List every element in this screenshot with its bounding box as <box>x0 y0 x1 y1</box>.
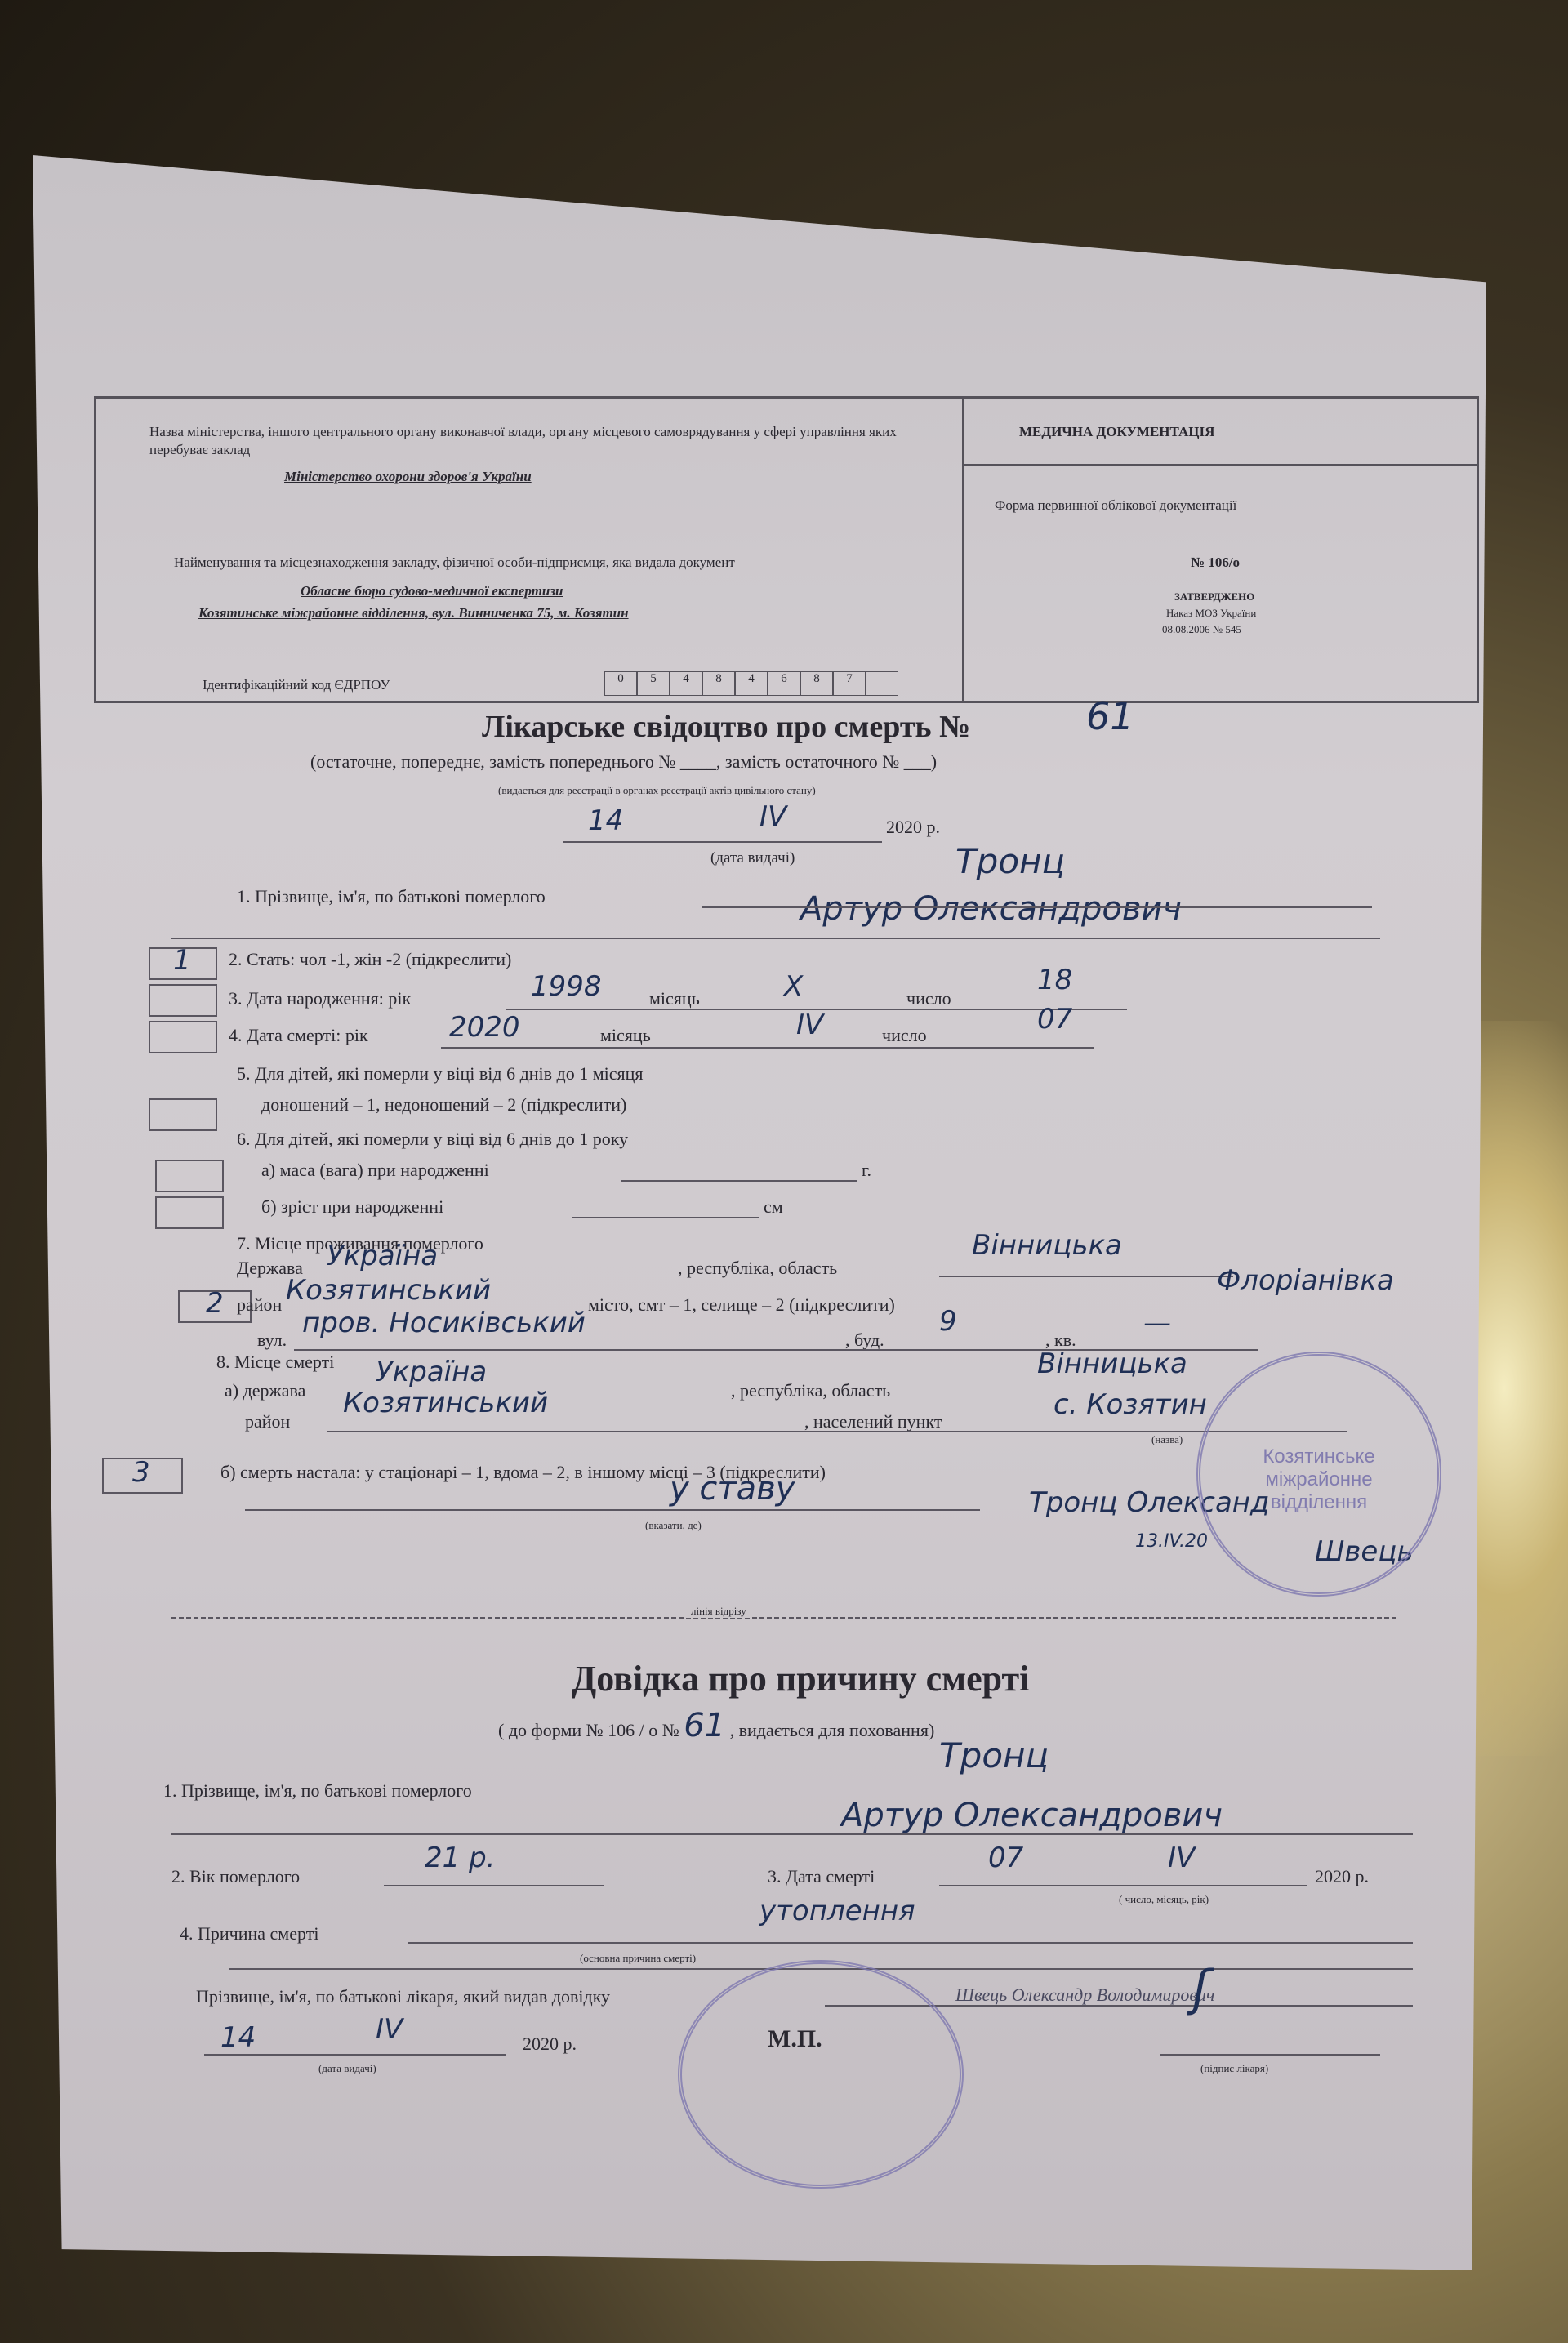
official-stamp: Козятинське міжрайонне відділення <box>1196 1352 1441 1597</box>
surname: Тронц <box>955 841 1065 881</box>
field8-district-label: район <box>245 1411 290 1432</box>
death-place-box: 3 <box>102 1458 183 1494</box>
ref-issue-caption: (дата видачі) <box>318 2062 376 2075</box>
field2-label: 2. Стать: чол -1, жін -2 (підкреслити) <box>229 949 511 970</box>
ref-surname: Тронц <box>939 1735 1049 1775</box>
death-day: 07 <box>1037 1003 1072 1036</box>
field7-region: Вінницька <box>972 1229 1122 1262</box>
death-month-label: місяць <box>600 1025 651 1046</box>
seal-label: М.П. <box>768 2025 822 2053</box>
field6a-unit: г. <box>862 1160 871 1181</box>
edrpou-label: Ідентифікаційний код ЄДРПОУ <box>203 676 390 694</box>
reference-title: Довідка про причину смерті <box>572 1658 1029 1699</box>
ref-death-day: 07 <box>988 1842 1023 1874</box>
sex-code-box: 1 <box>149 947 217 980</box>
ref-doctor-label: Прізвище, ім'я, по батькові лікаря, який… <box>196 1986 610 2007</box>
field7-region-label: , республіка, область <box>678 1258 837 1279</box>
issue-day: 14 <box>588 804 623 837</box>
field1-label: 1. Прізвище, ім'я, по батькові померлого <box>237 886 546 907</box>
signature-date: 13.IV.20 <box>1135 1531 1208 1552</box>
birth-day-label: число <box>906 988 951 1009</box>
field7-district-label: район <box>237 1294 282 1316</box>
death-day-label: число <box>882 1025 927 1046</box>
ref-field3-label: 3. Дата смерті <box>768 1866 875 1887</box>
field7-house-label: , буд. <box>845 1330 884 1351</box>
field7-apt: — <box>1143 1307 1171 1339</box>
cut-line <box>171 1617 1396 1619</box>
header-order-date: 08.08.2006 № 545 <box>1162 623 1241 636</box>
institution-value-1: Обласне бюро судово-медичної експертизи <box>301 582 563 600</box>
field6-label: 6. Для дітей, які померли у віці від 6 д… <box>237 1129 628 1150</box>
ref-issue-day: 14 <box>220 2021 256 2054</box>
field7-street-label: вул. <box>257 1330 287 1351</box>
field8b-caption: (вказати, де) <box>645 1519 702 1532</box>
field8-district: Козятинський <box>343 1387 548 1419</box>
cut-line-label: лінія відрізу <box>686 1605 751 1618</box>
field8-region-label: , республіка, область <box>731 1380 890 1401</box>
field7-state: Україна <box>327 1240 438 1272</box>
issue-year: 2020 р. <box>886 817 940 838</box>
field8-state-label: а) держава <box>225 1380 305 1401</box>
ref-death-year: 2020 р. <box>1315 1866 1369 1887</box>
field5-sub: доношений – 1, недоношений – 2 (підкресл… <box>261 1094 626 1116</box>
field7-settlement: Флоріанівка <box>1217 1264 1394 1297</box>
field7-street: пров. Носиківський <box>302 1307 586 1339</box>
edrpou-cells: 0 5 4 8 4 6 8 7 <box>604 671 898 696</box>
field6a-label: а) маса (вага) при народженні <box>261 1160 489 1181</box>
birth-month-label: місяць <box>649 988 700 1009</box>
field5-label: 5. Для дітей, які померли у віці від 6 д… <box>237 1063 644 1085</box>
ref-age: 21 р. <box>425 1842 495 1874</box>
field4-label: 4. Дата смерті: рік <box>229 1025 368 1046</box>
field8-label: 8. Місце смерті <box>216 1352 334 1373</box>
field8-settlement-caption: (назва) <box>1151 1433 1183 1446</box>
header-right-title: МЕДИЧНА ДОКУМЕНТАЦІЯ <box>1019 423 1214 441</box>
ref-given-names: Артур Олександрович <box>841 1797 1223 1834</box>
header-table: Назва міністерства, іншого центрального … <box>94 396 1479 703</box>
header-form-number: № 106/о <box>1191 554 1240 572</box>
ministry-label: Назва міністерства, іншого центрального … <box>149 423 950 459</box>
issue-caption: (дата видачі) <box>710 849 795 867</box>
field3-label: 3. Дата народження: рік <box>229 988 411 1009</box>
ref-death-caption: ( число, місяць, рік) <box>1119 1893 1209 1906</box>
birth-date-box <box>149 984 217 1017</box>
certificate-number: 61 <box>1086 694 1134 738</box>
field6b-unit: см <box>764 1196 783 1218</box>
certificate-note: (видається для реєстрації в органах реєс… <box>498 784 816 797</box>
field8-settlement-label: , населений пункт <box>804 1411 942 1432</box>
ref-cause: утоплення <box>759 1895 915 1927</box>
ref-doctor-signature: ʃ <box>1192 1960 1209 2017</box>
field8-region: Вінницька <box>1037 1347 1187 1380</box>
ref-sign-caption: (підпис лікаря) <box>1200 2062 1268 2075</box>
header-approved: ЗАТВЕРДЖЕНО <box>1174 590 1254 604</box>
header-form-label: Форма первинної облікової документації <box>995 497 1236 514</box>
newborn-term-box <box>149 1098 217 1131</box>
ref-field2-label: 2. Вік померлого <box>171 1866 300 1887</box>
ref-field4-label: 4. Причина смерті <box>180 1923 318 1944</box>
ref-doctor-name: Швець Олександр Володимирович <box>955 1984 1214 2006</box>
given-names: Артур Олександрович <box>800 890 1182 928</box>
death-year: 2020 <box>449 1011 520 1044</box>
institution-label: Найменування та місцезнаходження закладу… <box>174 554 942 572</box>
birth-height-box <box>155 1196 224 1229</box>
ref-issue-year: 2020 р. <box>523 2033 577 2055</box>
field8b-value: у ставу <box>670 1470 795 1508</box>
field8-settlement: с. Козятин <box>1053 1388 1207 1421</box>
death-date-box <box>149 1021 217 1053</box>
ref-death-month: IV <box>1168 1842 1195 1874</box>
issue-month: IV <box>759 800 786 833</box>
field7-house: 9 <box>939 1305 957 1338</box>
death-month: IV <box>796 1009 823 1041</box>
institution-value-2: Козятинське міжрайонне відділення, вул. … <box>198 604 629 622</box>
birth-day: 18 <box>1037 964 1072 996</box>
ministry-value: Міністерство охорони здоров'я України <box>284 468 532 486</box>
seal-stamp <box>678 1960 964 2189</box>
field7-settlement-label: місто, смт – 1, селище – 2 (підкреслити) <box>588 1294 895 1316</box>
field6b-label: б) зріст при народженні <box>261 1196 443 1218</box>
field7-district: Козятинський <box>286 1274 491 1307</box>
ref-cause-caption: (основна причина смерті) <box>580 1952 696 1965</box>
ref-field1-label: 1. Прізвище, ім'я, по батькові померлого <box>163 1780 472 1802</box>
header-order: Наказ МОЗ України <box>1166 607 1256 620</box>
ref-issue-month: IV <box>376 2013 403 2046</box>
certificate-type-line: (остаточне, попереднє, замість попереднь… <box>310 751 937 773</box>
birth-month: X <box>784 970 803 1003</box>
certificate-title: Лікарське свідоцтво про смерть № <box>482 709 970 745</box>
field8-state: Україна <box>376 1356 487 1388</box>
birth-weight-box <box>155 1160 224 1192</box>
birth-year: 1998 <box>531 970 602 1003</box>
reference-subtitle: ( до форми № 106 / о № 61 , видається дл… <box>498 1707 934 1744</box>
